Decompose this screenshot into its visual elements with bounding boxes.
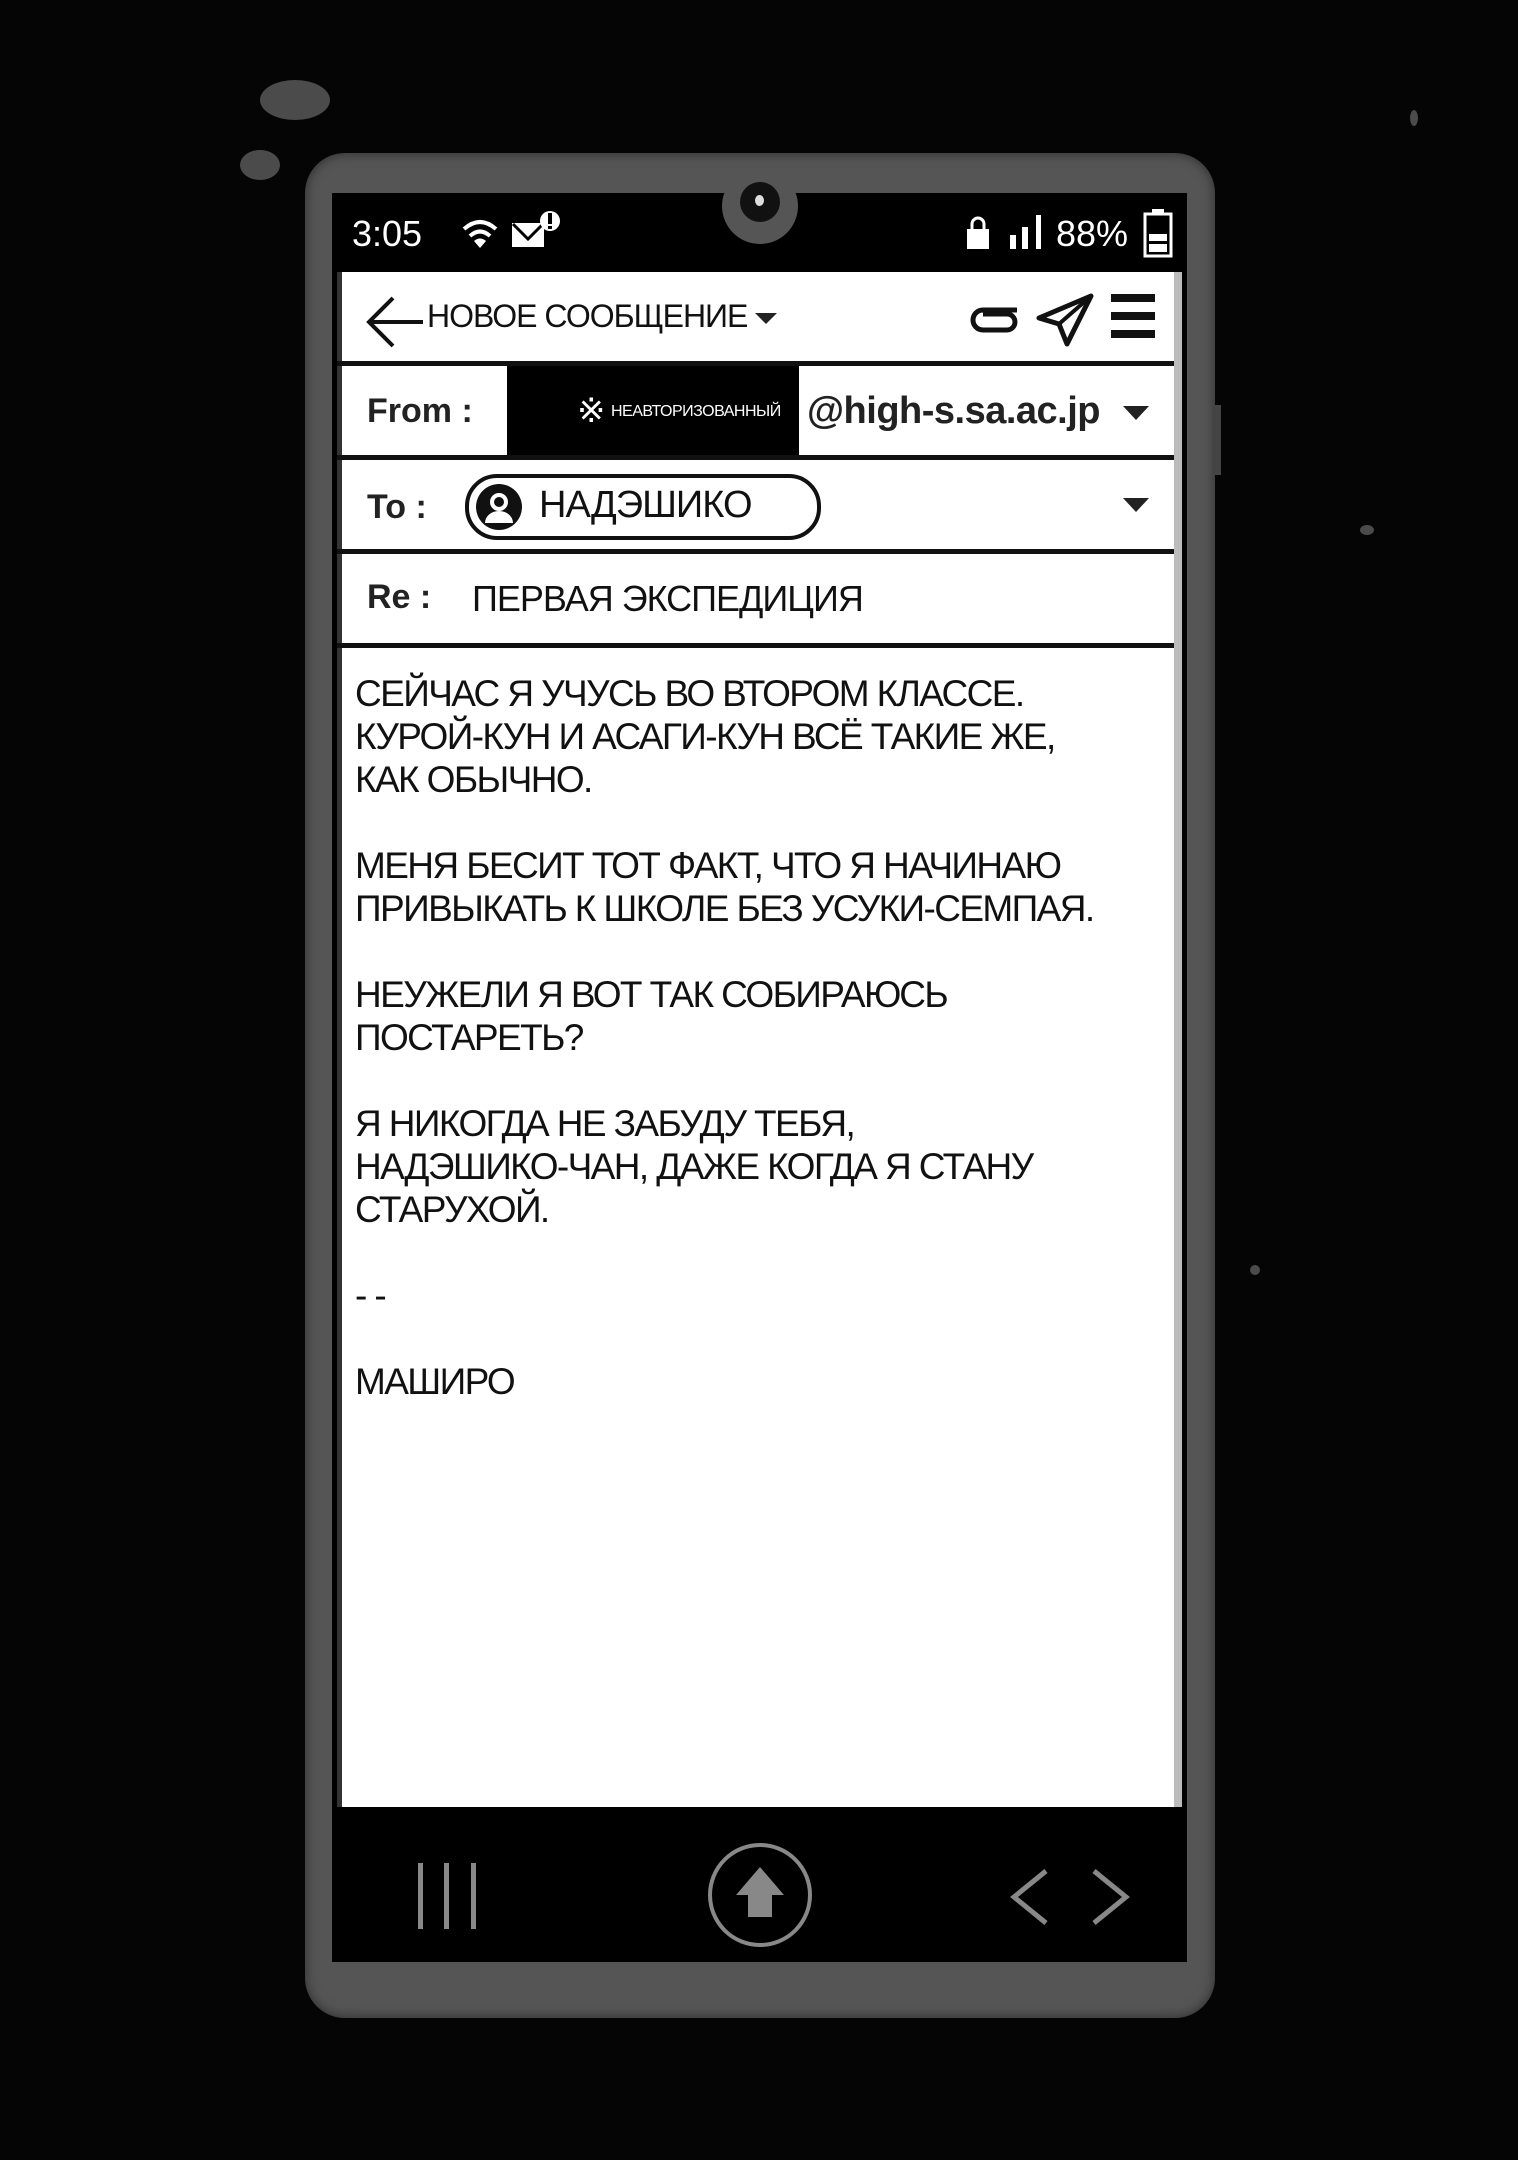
signal-icon	[1008, 213, 1048, 256]
body-line: ПОСТАРЕТЬ?	[355, 1016, 1155, 1059]
body-line: КАК ОБЫЧНО.	[355, 758, 1155, 801]
message-body[interactable]: СЕЙЧАС Я УЧУСЬ ВО ВТОРОМ КЛАССЕ.КУРОЙ-КУ…	[355, 672, 1155, 1446]
to-dropdown-icon[interactable]	[1123, 498, 1149, 512]
to-row: To : НАДЭШИКО	[337, 460, 1174, 554]
compose-header: НОВОЕ СООБЩЕНИЕ	[337, 272, 1174, 366]
body-line: Я НИКОГДА НЕ ЗАБУДУ ТЕБЯ,	[355, 1102, 1155, 1145]
subject-label: Re :	[367, 578, 431, 617]
body-line: НЕУЖЕЛИ Я ВОТ ТАК СОБИРАЮСЬ	[355, 973, 1155, 1016]
body-line: ПРИВЫКАТЬ К ШКОЛЕ БЕЗ УСУКИ-СЕМПАЯ.	[355, 887, 1155, 930]
reference-mark-icon: ※	[577, 391, 606, 431]
navigation-bar	[332, 1811, 1187, 1962]
background-speck	[1360, 525, 1374, 535]
from-dropdown-icon[interactable]	[1123, 406, 1149, 420]
body-line: КУРОЙ-КУН И АСАГИ-КУН ВСЁ ТАКИЕ ЖЕ,	[355, 715, 1155, 758]
mail-alert-icon	[510, 209, 562, 256]
body-line: - -	[355, 1274, 1155, 1317]
wifi-icon	[460, 215, 500, 256]
from-row: From : ※ НЕАВТОРИЗОВАННЫЙ @high-s.sa.ac.…	[337, 366, 1174, 460]
sender-domain: @high-s.sa.ac.jp	[807, 390, 1100, 433]
recent-apps-icon[interactable]	[416, 1861, 480, 1936]
recipient-name: НАДЭШИКО	[539, 484, 752, 527]
back-arrow-icon[interactable]	[365, 294, 425, 355]
body-paragraph: МЕНЯ БЕСИТ ТОТ ФАКТ, ЧТО Я НАЧИНАЮПРИВЫК…	[355, 844, 1155, 930]
body-line: СЕЙЧАС Я УЧУСЬ ВО ВТОРОМ КЛАССЕ.	[355, 672, 1155, 715]
volume-button	[1215, 405, 1221, 475]
body-paragraph: Я НИКОГДА НЕ ЗАБУДУ ТЕБЯ,НАДЭШИКО-ЧАН, Д…	[355, 1102, 1155, 1231]
battery-percent: 88%	[1056, 213, 1128, 255]
body-line: НАДЭШИКО-ЧАН, ДАЖЕ КОГДА Я СТАНУ	[355, 1145, 1155, 1188]
background-speck	[260, 80, 330, 120]
forward-icon[interactable]	[1088, 1867, 1132, 1932]
back-icon[interactable]	[1008, 1867, 1052, 1932]
body-line: МАШИРО	[355, 1360, 1155, 1403]
background-speck	[1250, 1265, 1260, 1275]
attach-icon[interactable]	[967, 300, 1023, 345]
body-line: МЕНЯ БЕСИТ ТОТ ФАКТ, ЧТО Я НАЧИНАЮ	[355, 844, 1155, 887]
status-bar: 3:05 88%	[332, 193, 1187, 272]
compose-title[interactable]: НОВОЕ СООБЩЕНИЕ	[427, 298, 777, 335]
recipient-chip[interactable]: НАДЭШИКО	[465, 474, 821, 540]
background-speck	[240, 150, 280, 180]
compose-screen: НОВОЕ СООБЩЕНИЕ From : ※ НЕАВТОРИЗОВАННЫ…	[337, 272, 1182, 1807]
home-icon[interactable]	[706, 1841, 814, 1954]
body-paragraph: МАШИРО	[355, 1360, 1155, 1403]
user-avatar-icon	[475, 483, 523, 536]
redacted-sender-name: НЕАВТОРИЗОВАННЫЙ	[611, 403, 781, 421]
subject-input[interactable]: ПЕРВАЯ ЭКСПЕДИЦИЯ	[472, 578, 863, 620]
send-icon[interactable]	[1035, 292, 1095, 353]
body-paragraph: - -	[355, 1274, 1155, 1317]
battery-icon	[1142, 208, 1174, 263]
lock-icon	[964, 215, 992, 256]
body-line: СТАРУХОЙ.	[355, 1188, 1155, 1231]
body-paragraph: СЕЙЧАС Я УЧУСЬ ВО ВТОРОМ КЛАССЕ.КУРОЙ-КУ…	[355, 672, 1155, 801]
background-speck	[1410, 110, 1418, 126]
status-time: 3:05	[352, 213, 422, 255]
subject-row: Re : ПЕРВАЯ ЭКСПЕДИЦИЯ	[337, 554, 1174, 648]
dropdown-caret-icon	[755, 313, 777, 324]
redacted-sender: ※ НЕАВТОРИЗОВАННЫЙ	[507, 366, 799, 455]
to-label: To :	[367, 488, 427, 527]
menu-icon[interactable]	[1109, 292, 1157, 347]
from-label: From :	[367, 392, 473, 431]
body-paragraph: НЕУЖЕЛИ Я ВОТ ТАК СОБИРАЮСЬПОСТАРЕТЬ?	[355, 973, 1155, 1059]
compose-title-text: НОВОЕ СООБЩЕНИЕ	[427, 298, 747, 334]
